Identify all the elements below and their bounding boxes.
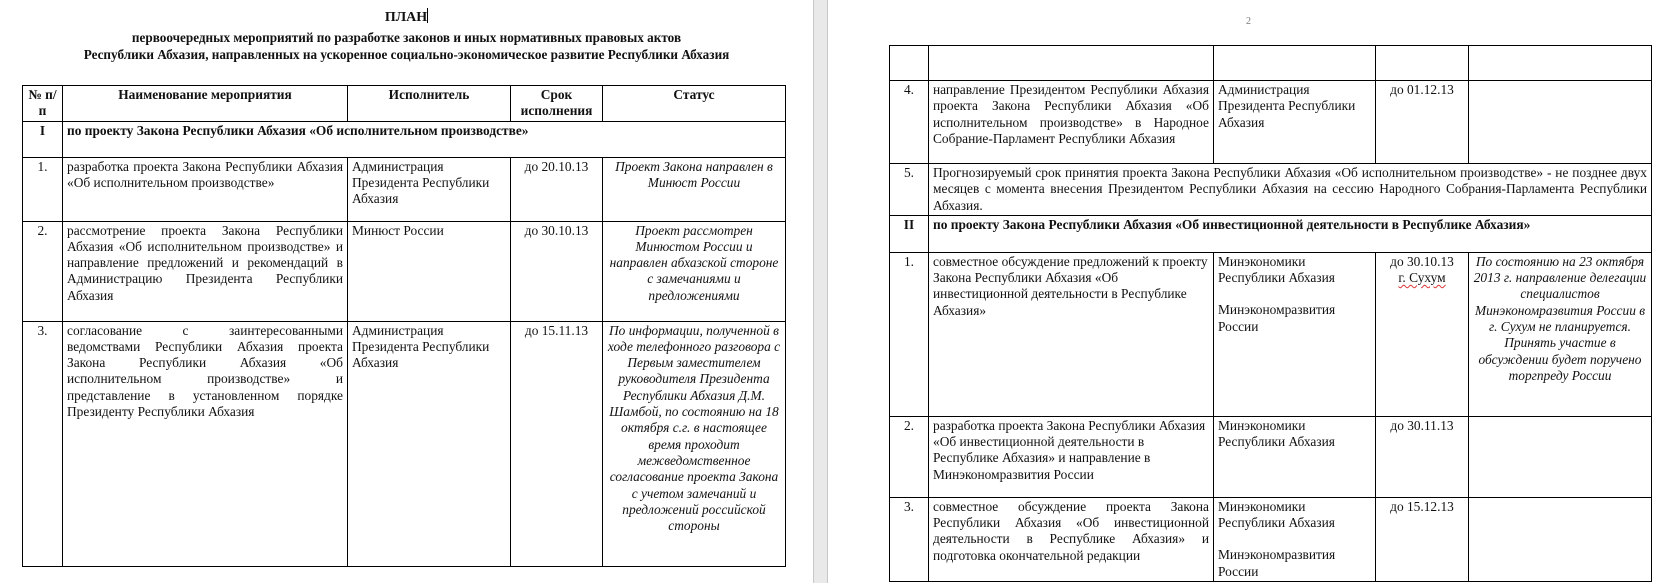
text-cursor <box>427 8 428 23</box>
row-deadline[interactable]: до 15.12.13 <box>1376 497 1469 581</box>
row-num: 1. <box>890 252 929 416</box>
header-status: Статус <box>603 86 786 122</box>
row-name[interactable]: разработка проекта Закона Республики Абх… <box>929 416 1214 497</box>
row-status[interactable] <box>1469 497 1652 581</box>
deadline-date: до 30.10.13 <box>1380 254 1464 270</box>
row-deadline[interactable]: до 20.10.13 <box>511 157 603 221</box>
document-subtitle: первоочередных мероприятий по разработке… <box>0 29 813 63</box>
section-title: по проекту Закона Республики Абхазия «Об… <box>929 215 1652 252</box>
row-deadline[interactable]: до 15.11.13 <box>511 321 603 566</box>
row-name[interactable]: рассмотрение проекта Закона Республики А… <box>63 221 348 321</box>
deadline-place: г. Сухум <box>1380 270 1464 286</box>
executor-2: Минэкономразвития России <box>1218 302 1371 335</box>
executor-1: Минэкономики Республики Абхазия <box>1218 418 1371 451</box>
status-text-1: По состоянию на 23 октября 2013 г. напра… <box>1473 254 1647 335</box>
table-row: 2. разработка проекта Закона Республики … <box>890 416 1652 497</box>
table-row-forecast: 5. Прогнозируемый срок принятия проекта … <box>890 164 1652 216</box>
executor-2: Минэкономразвития России <box>1218 547 1371 580</box>
section-title: по проекту Закона Республики Абхазия «Об… <box>63 121 786 157</box>
table-header-repeat-row <box>890 46 1652 81</box>
table-header-row: № п/п Наименование мероприятия Исполните… <box>23 86 786 122</box>
status-text-2: Принять участие в обсуждении будет поруч… <box>1473 335 1647 384</box>
row-num: 4. <box>890 81 929 164</box>
empty-cell <box>1376 46 1469 81</box>
document-page-1: ПЛАН первоочередных мероприятий по разра… <box>0 0 813 583</box>
row-num: 1. <box>23 157 63 221</box>
row-status[interactable] <box>1469 416 1652 497</box>
row-executor[interactable]: Минэкономики Республики Абхазия <box>1214 416 1376 497</box>
row-name[interactable]: совместное обсуждение предложений к прое… <box>929 252 1214 416</box>
row-num: 2. <box>890 416 929 497</box>
row-deadline[interactable]: до 30.10.13 <box>511 221 603 321</box>
header-num: № п/п <box>23 86 63 122</box>
row-status[interactable]: По информации, полученной в ходе телефон… <box>603 321 786 566</box>
row-num: 3. <box>23 321 63 566</box>
empty-cell <box>890 46 929 81</box>
header-executor: Исполнитель <box>348 86 511 122</box>
page-number: 2 <box>828 16 1669 27</box>
header-name: Наименование мероприятия <box>63 86 348 122</box>
subtitle-line-1: первоочередных мероприятий по разработке… <box>0 29 813 46</box>
table-row: 3. согласование с заинтересованными ведо… <box>23 321 786 566</box>
row-status[interactable]: Проект рассмотрен Минюстом России и напр… <box>603 221 786 321</box>
table-row: 1. совместное обсуждение предложений к п… <box>890 252 1652 416</box>
section-row: II по проекту Закона Республики Абхазия … <box>890 215 1652 252</box>
row-executor[interactable]: Минэкономики Республики Абхазия Минэконо… <box>1214 252 1376 416</box>
table-row: 3. совместное обсуждение проекта Закона … <box>890 497 1652 581</box>
row-name[interactable]: совместное обсуждение проекта Закона Рес… <box>929 497 1214 581</box>
row-executor[interactable]: Администрация Президента Республики Абха… <box>1214 81 1376 164</box>
section-num: I <box>23 121 63 157</box>
executor-1: Минэкономики Республики Абхазия <box>1218 254 1371 287</box>
row-forecast-text[interactable]: Прогнозируемый срок принятия проекта Зак… <box>929 164 1652 216</box>
row-deadline[interactable]: до 30.10.13 г. Сухум <box>1376 252 1469 416</box>
page-gutter <box>813 0 828 583</box>
row-num: 2. <box>23 221 63 321</box>
row-deadline[interactable]: до 30.11.13 <box>1376 416 1469 497</box>
row-executor[interactable]: Минюст России <box>348 221 511 321</box>
row-status[interactable]: Проект Закона направлен в Минюст России <box>603 157 786 221</box>
row-name[interactable]: согласование с заинтересованными ведомст… <box>63 321 348 566</box>
section-num: II <box>890 215 929 252</box>
empty-cell <box>929 46 1214 81</box>
table-row: 4. направление Президентом Республики Аб… <box>890 81 1652 164</box>
plan-table-page-2: 4. направление Президентом Республики Аб… <box>889 45 1652 582</box>
row-executor[interactable]: Минэкономики Республики Абхазия Минэконо… <box>1214 497 1376 581</box>
table-row: 1. разработка проекта Закона Республики … <box>23 157 786 221</box>
subtitle-line-2: Республики Абхазия, направленных на уско… <box>0 46 813 63</box>
header-deadline: Срок исполнения <box>511 86 603 122</box>
row-status[interactable] <box>1469 81 1652 164</box>
row-executor[interactable]: Администрация Президента Республики Абха… <box>348 321 511 566</box>
row-name[interactable]: направление Президентом Республики Абхаз… <box>929 81 1214 164</box>
row-num: 3. <box>890 497 929 581</box>
title-text: ПЛАН <box>385 10 427 25</box>
row-executor[interactable]: Администрация Президента Республики Абха… <box>348 157 511 221</box>
section-row: I по проекту Закона Республики Абхазия «… <box>23 121 786 157</box>
empty-cell <box>1214 46 1376 81</box>
table-row: 2. рассмотрение проекта Закона Республик… <box>23 221 786 321</box>
empty-cell <box>1469 46 1652 81</box>
row-name[interactable]: разработка проекта Закона Республики Абх… <box>63 157 348 221</box>
document-title: ПЛАН <box>0 8 813 26</box>
row-status[interactable]: По состоянию на 23 октября 2013 г. напра… <box>1469 252 1652 416</box>
executor-1: Минэкономики Республики Абхазия <box>1218 499 1371 532</box>
row-num: 5. <box>890 164 929 216</box>
plan-table-page-1: № п/п Наименование мероприятия Исполните… <box>22 85 786 567</box>
row-deadline[interactable]: до 01.12.13 <box>1376 81 1469 164</box>
